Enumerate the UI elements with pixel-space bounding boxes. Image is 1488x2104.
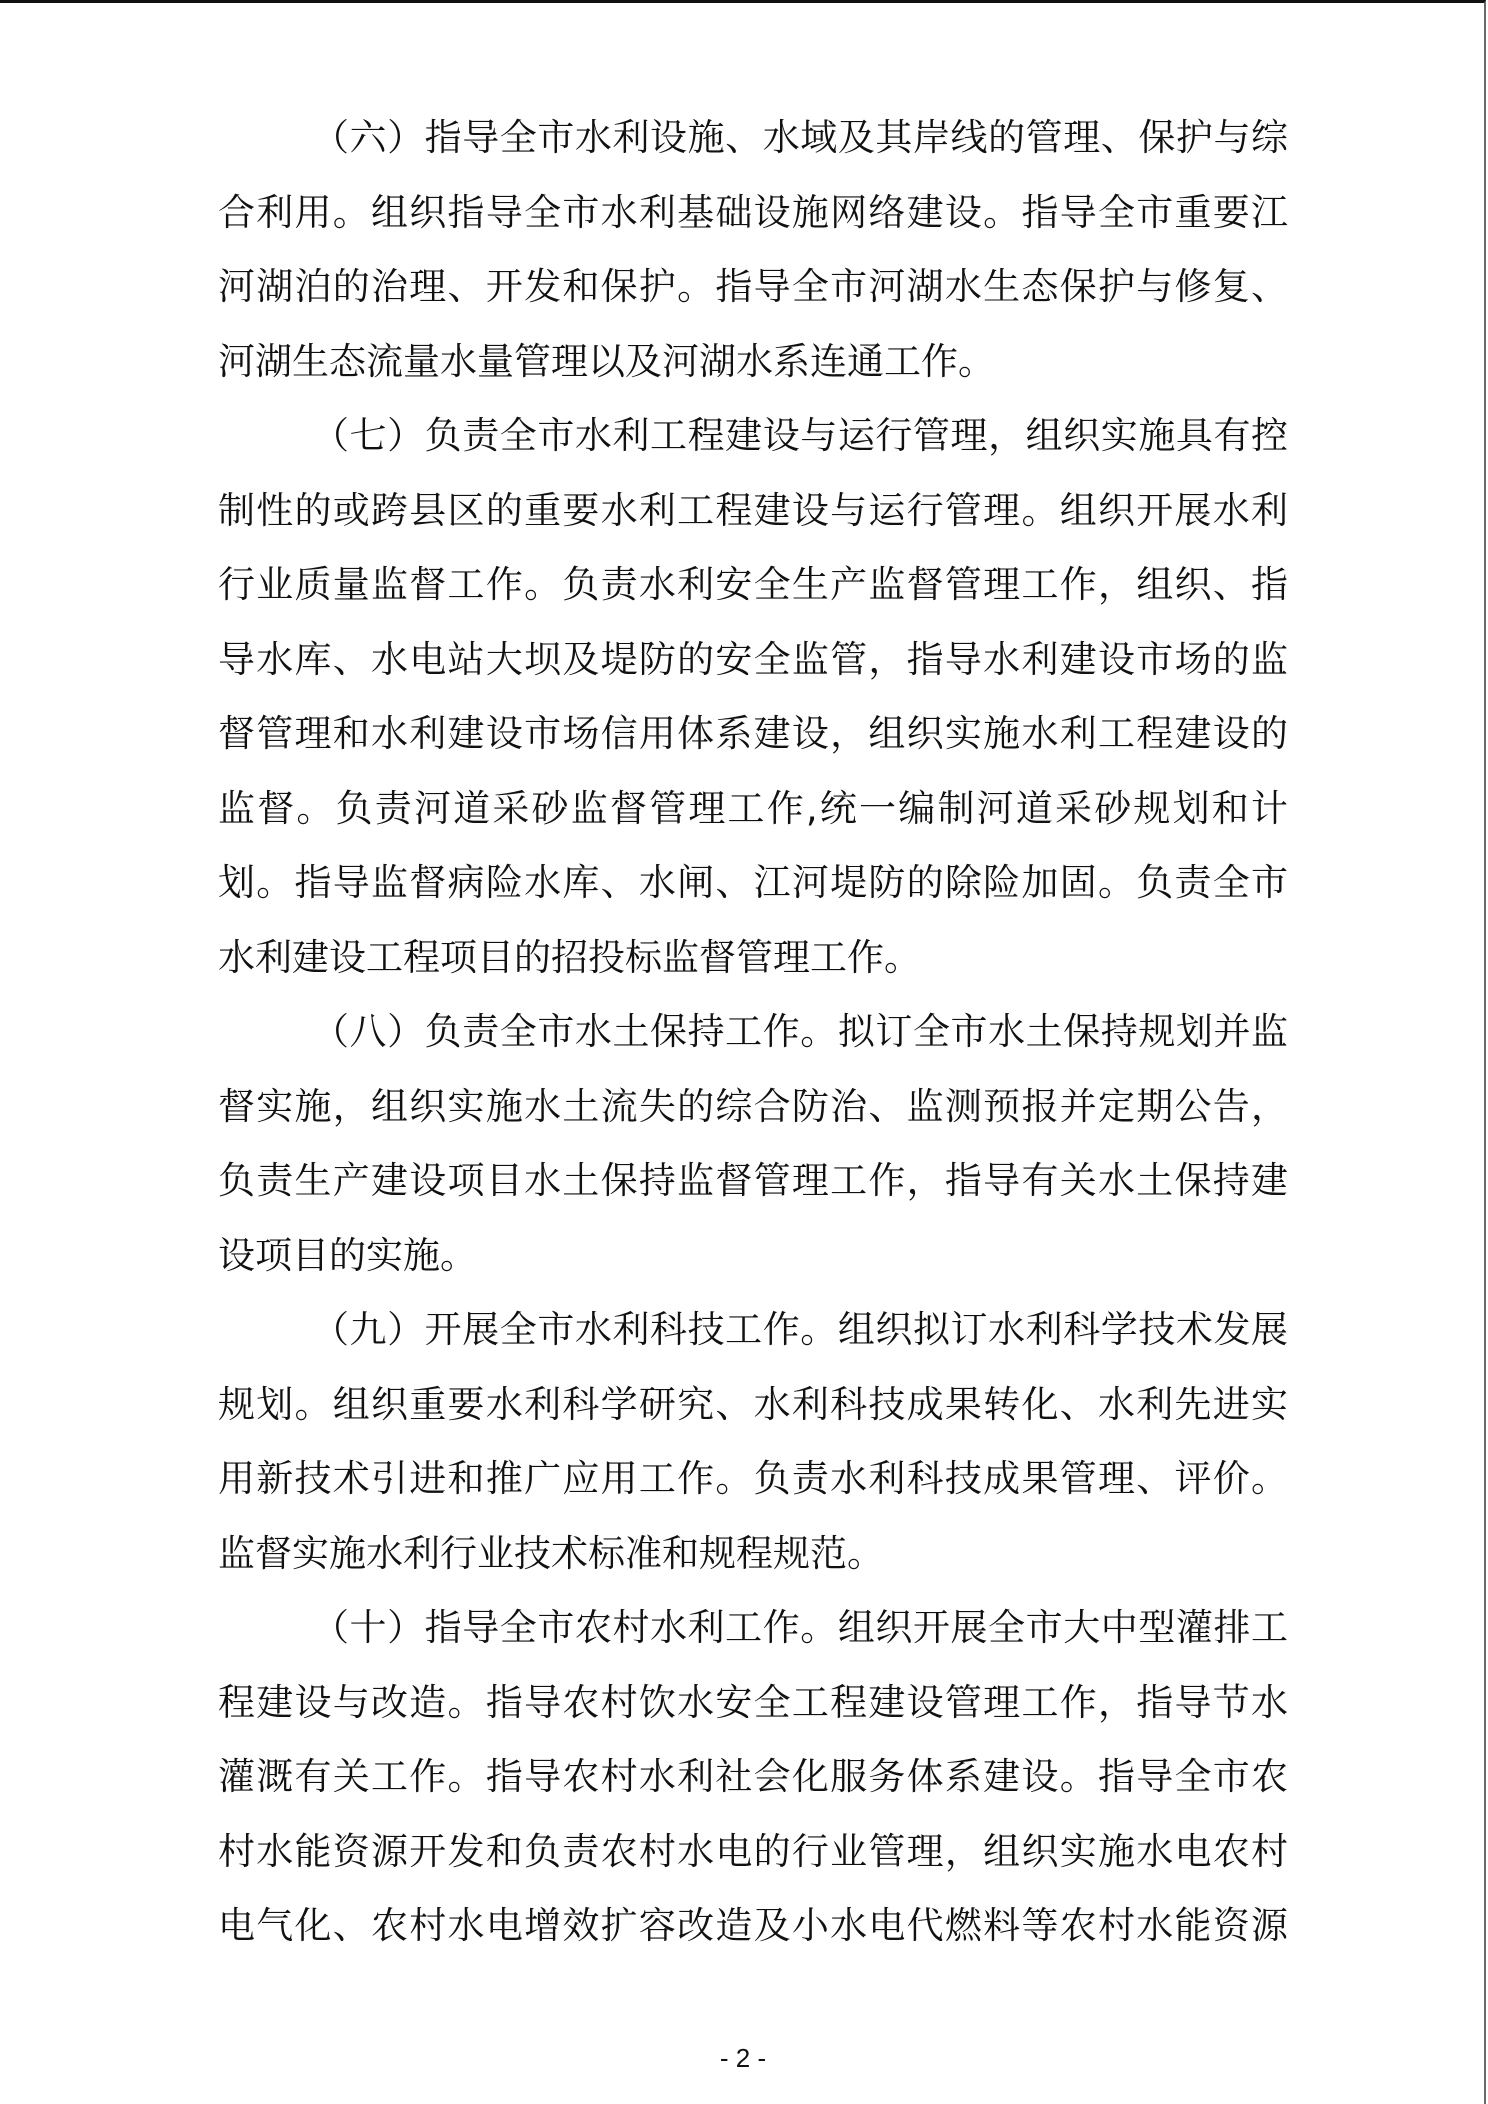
text-line: 河湖生态流量水量管理以及河湖水系连通工作。 bbox=[218, 325, 1288, 400]
text-line: 行业质量监督工作。负责水利安全生产监督管理工作，组织、指 bbox=[218, 548, 1288, 623]
paragraph-item-7: （七）负责全市水利工程建设与运行管理，组织实施具有控 制性的或跨县区的重要水利工… bbox=[218, 399, 1288, 995]
text-line: 灌溉有关工作。指导农村水利社会化服务体系建设。指导全市农 bbox=[218, 1740, 1288, 1815]
text-line: 电气化、农村水电增效扩容改造及小水电代燃料等农村水能资源 bbox=[218, 1889, 1288, 1964]
document-page: （六）指导全市水利设施、水域及其岸线的管理、保护与综 合利用。组织指导全市水利基… bbox=[0, 0, 1486, 2104]
text-line: （六）指导全市水利设施、水域及其岸线的管理、保护与综 bbox=[218, 101, 1288, 176]
text-line: 导水库、水电站大坝及堤防的安全监管，指导水利建设市场的监 bbox=[218, 623, 1288, 698]
text-line: 设项目的实施。 bbox=[218, 1219, 1288, 1294]
text-line: 合利用。组织指导全市水利基础设施网络建设。指导全市重要江 bbox=[218, 176, 1288, 251]
text-line: 督管理和水利建设市场信用体系建设，组织实施水利工程建设的 bbox=[218, 697, 1288, 772]
text-line: 水利建设工程项目的招投标监督管理工作。 bbox=[218, 921, 1288, 996]
paragraph-item-10: （十）指导全市农村水利工作。组织开展全市大中型灌排工 程建设与改造。指导农村饮水… bbox=[218, 1591, 1288, 1964]
paragraph-item-9: （九）开展全市水利科技工作。组织拟订水利科学技术发展 规划。组织重要水利科学研究… bbox=[218, 1293, 1288, 1591]
text-line: 制性的或跨县区的重要水利工程建设与运行管理。组织开展水利 bbox=[218, 474, 1288, 549]
text-line: （九）开展全市水利科技工作。组织拟订水利科学技术发展 bbox=[218, 1293, 1288, 1368]
text-line: 监督。负责河道采砂监督管理工作,统一编制河道采砂规划和计 bbox=[218, 772, 1288, 847]
text-line: 督实施，组织实施水土流失的综合防治、监测预报并定期公告， bbox=[218, 1070, 1288, 1145]
text-line: （八）负责全市水土保持工作。拟订全市水土保持规划并监 bbox=[218, 995, 1288, 1070]
text-line: 监督实施水利行业技术标准和规程规范。 bbox=[218, 1517, 1288, 1592]
text-line: 河湖泊的治理、开发和保护。指导全市河湖水生态保护与修复、 bbox=[218, 250, 1288, 325]
paragraph-item-6: （六）指导全市水利设施、水域及其岸线的管理、保护与综 合利用。组织指导全市水利基… bbox=[218, 101, 1288, 399]
text-line: 村水能资源开发和负责农村水电的行业管理，组织实施水电农村 bbox=[218, 1815, 1288, 1890]
text-line: 程建设与改造。指导农村饮水安全工程建设管理工作，指导节水 bbox=[218, 1666, 1288, 1741]
text-line: （七）负责全市水利工程建设与运行管理，组织实施具有控 bbox=[218, 399, 1288, 474]
text-line: 负责生产建设项目水土保持监督管理工作，指导有关水土保持建 bbox=[218, 1144, 1288, 1219]
text-line: 划。指导监督病险水库、水闸、江河堤防的除险加固。负责全市 bbox=[218, 846, 1288, 921]
document-body: （六）指导全市水利设施、水域及其岸线的管理、保护与综 合利用。组织指导全市水利基… bbox=[218, 101, 1288, 1964]
text-line: 规划。组织重要水利科学研究、水利科技成果转化、水利先进实 bbox=[218, 1368, 1288, 1443]
text-line: 用新技术引进和推广应用工作。负责水利科技成果管理、评价。 bbox=[218, 1442, 1288, 1517]
page-number: - 2 - bbox=[0, 2043, 1486, 2074]
paragraph-item-8: （八）负责全市水土保持工作。拟订全市水土保持规划并监 督实施，组织实施水土流失的… bbox=[218, 995, 1288, 1293]
text-line: （十）指导全市农村水利工作。组织开展全市大中型灌排工 bbox=[218, 1591, 1288, 1666]
